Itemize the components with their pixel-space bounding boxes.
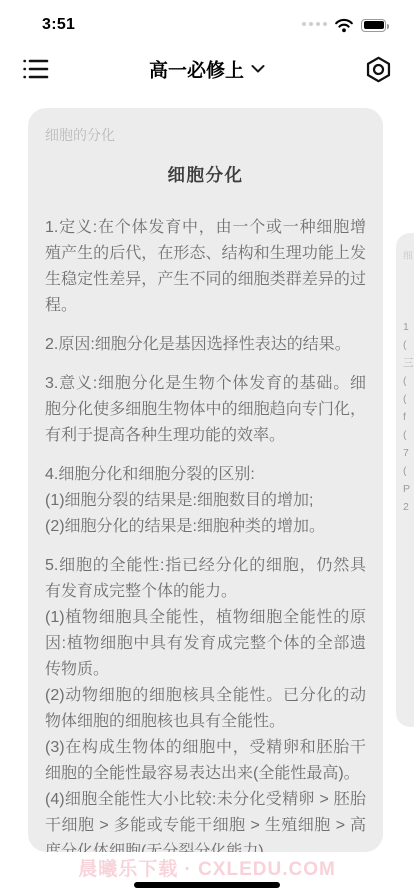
wifi-icon	[334, 18, 354, 33]
next-card-body-fragments: 1(三((f(7(P2	[403, 318, 414, 516]
card-paragraph: 1.定义:在个体发育中，由一个或一种细胞增殖产生的后代，在形态、结构和生理功能上…	[45, 215, 366, 319]
next-card-label-fragment: 细	[403, 248, 414, 262]
flashcard[interactable]: 细胞的分化 细胞分化 1.定义:在个体发育中，由一个或一种细胞增殖产生的后代，在…	[28, 108, 383, 852]
deck-list-button[interactable]	[20, 53, 52, 85]
clock: 3:51	[42, 16, 75, 34]
card-paragraph: 2.原因:细胞分化是基因选择性表达的结果。	[45, 332, 366, 358]
deck-title-dropdown[interactable]: 高一必修上	[149, 56, 265, 83]
next-flashcard-peek[interactable]: 细 1(三((f(7(P2	[396, 233, 414, 727]
card-body: 1.定义:在个体发育中，由一个或一种细胞增殖产生的后代，在形态、结构和生理功能上…	[45, 215, 366, 852]
card-title: 细胞分化	[45, 162, 366, 187]
card-paragraph: 3.意义:细胞分化是生物个体发育的基础。细胞分化使多细胞生物体中的细胞趋向专门化…	[45, 371, 366, 449]
settings-button[interactable]	[362, 53, 394, 85]
nav-bar: 高一必修上	[0, 44, 414, 94]
battery-icon	[361, 19, 386, 32]
card-deck-label: 细胞的分化	[45, 125, 366, 145]
card-paragraph: 4.细胞分化和细胞分裂的区别:(1)细胞分裂的结果是:细胞数目的增加;(2)细胞…	[45, 462, 366, 540]
chevron-down-icon	[251, 65, 265, 74]
status-bar: 3:51	[0, 0, 414, 44]
app-screen: 3:51 高一必修上	[0, 0, 414, 896]
cellular-signal-icon	[302, 22, 327, 28]
deck-title: 高一必修上	[149, 56, 244, 83]
status-icons	[302, 18, 386, 33]
home-indicator[interactable]	[134, 882, 280, 888]
watermark-text: 晨曦乐下载 · CXLEDU.COM	[0, 854, 414, 881]
card-paragraph: 5.细胞的全能性:指已经分化的细胞，仍然具有发育成完整个体的能力。(1)植物细胞…	[45, 553, 366, 852]
